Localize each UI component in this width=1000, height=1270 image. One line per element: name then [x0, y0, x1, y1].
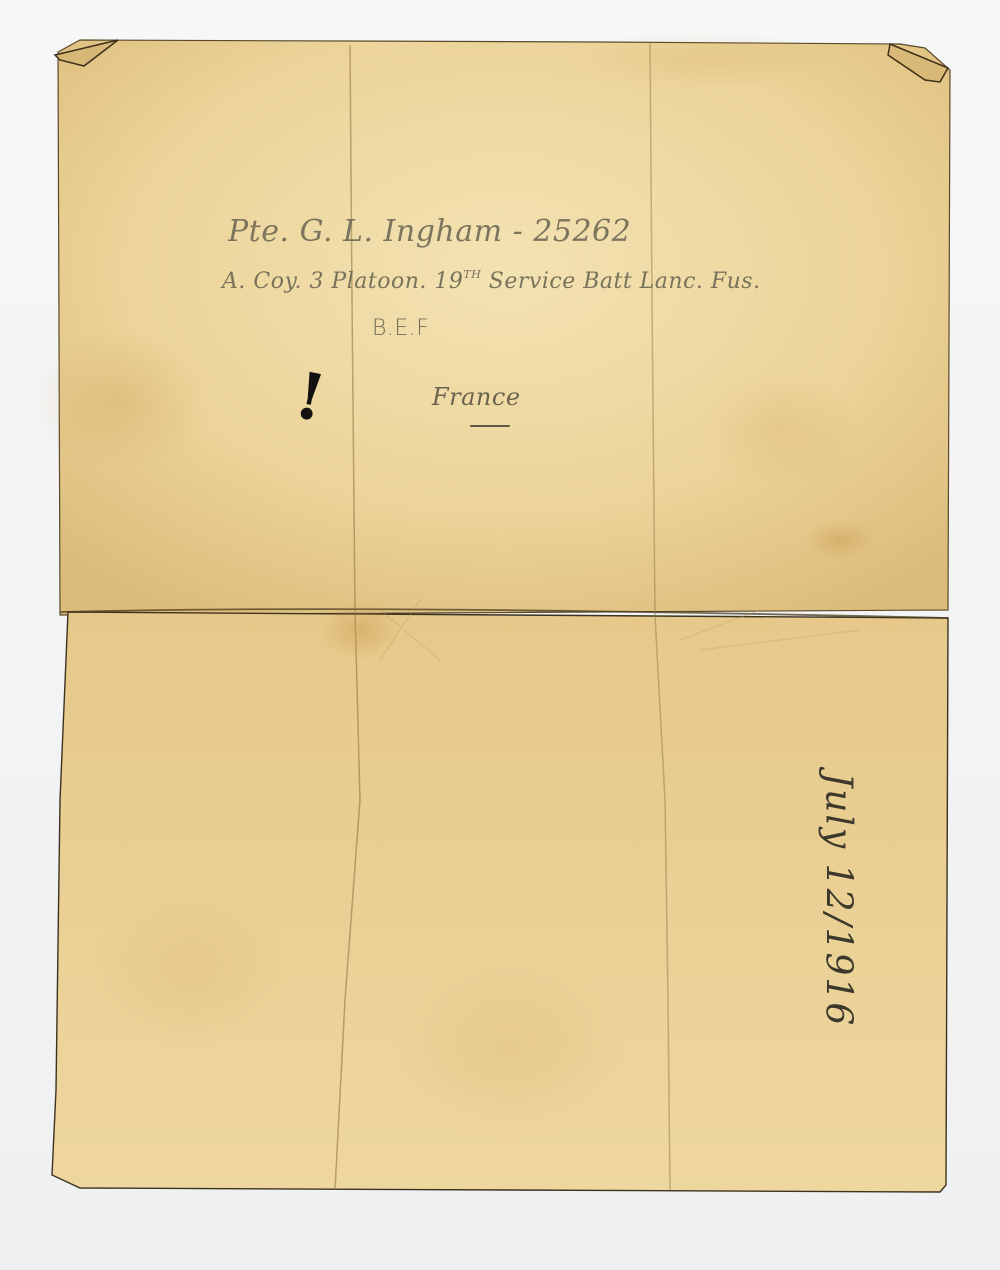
scanned-document: Pte. G. L. Ingham - 25262 A. Coy. 3 Plat… — [0, 0, 1000, 1270]
date-annotation: July 12/1916 — [818, 773, 859, 1027]
paper-sheet — [0, 0, 1000, 1270]
sender-name-line: Pte. G. L. Ingham - 25262 — [228, 214, 631, 249]
unit-line-suffix: Service Batt Lanc. Fus. — [481, 269, 760, 294]
unit-line-ordinal: TH — [463, 268, 481, 281]
bef-line: B.E.F — [372, 316, 429, 341]
unit-line-prefix: A. Coy. 3 Platoon. 19 — [222, 269, 463, 294]
country-underline — [470, 425, 510, 427]
country-line: France — [432, 383, 521, 411]
unit-line: A. Coy. 3 Platoon. 19TH Service Batt Lan… — [222, 268, 761, 294]
